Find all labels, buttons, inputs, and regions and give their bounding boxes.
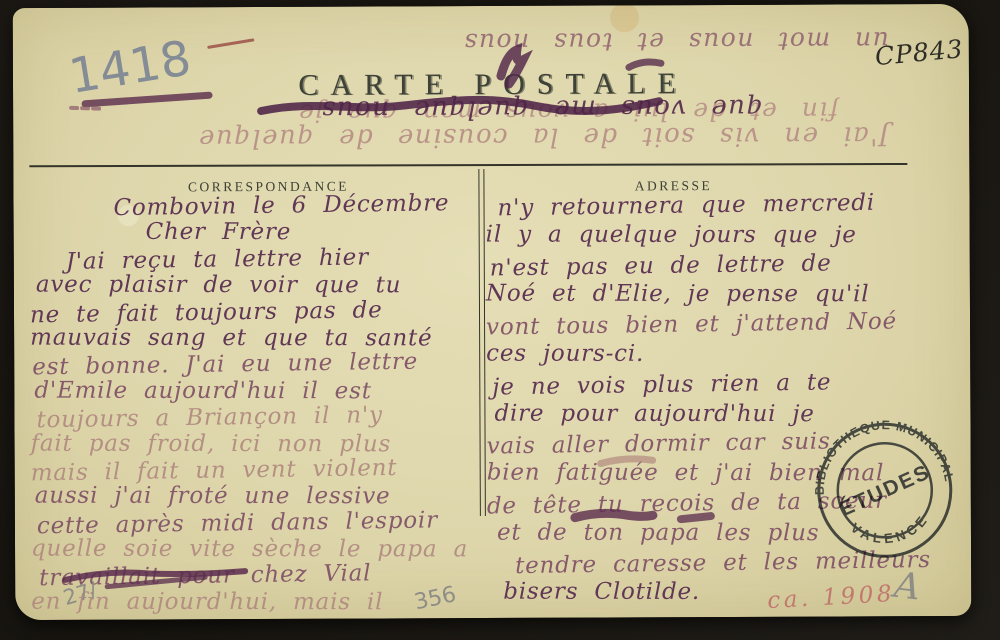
handwriting-line: toujours a Briançon il n'y [30, 401, 480, 434]
handwriting-line: Cher Frère [30, 219, 480, 246]
handwriting-line: vont tous bien et j'attend Noé [486, 307, 966, 344]
handwriting-line: avec plaisir de voir que tu [30, 272, 480, 299]
horizontal-rule [29, 163, 907, 167]
handwriting-line: d'Emile aujourd'hui il est [30, 377, 480, 404]
handwriting-line: cette après midi dans l'espoir [31, 506, 481, 539]
handwriting-line: je ne vois plus rien a te [486, 366, 966, 403]
handwriting-line: il y a quelque jours que je [486, 220, 966, 251]
handwriting-line: aussi j'ai froté une lessive [31, 483, 481, 510]
library-stamp: BIBLIOTHEQUE MUNICIPALE VALENCE ÉTUDES [787, 393, 982, 588]
postcard-scan: un mot nous et tous nous fin et de lui a… [0, 0, 1000, 640]
handwriting-line: n'y retournera que mercredi [485, 187, 965, 224]
handwriting-line: travaillait pour chez Vial [31, 559, 481, 592]
overwritten-line-near-rule: J'ai en vis soit de la cousine de quelqu… [33, 120, 889, 154]
handwriting-line: ces jours-ci. [486, 340, 966, 371]
handwriting-line: ne te fait toujours pas de [30, 295, 480, 328]
handwriting-line: J'ai reçu ta lettre hier [30, 242, 480, 275]
overwritten-line-top: un mot nous et tous nous [249, 26, 889, 58]
handwriting-line: est bonne. J'ai eu une lettre [30, 348, 480, 381]
handwriting-line: fait pas froid, ici non plus [31, 430, 481, 457]
handwriting-line: Noé et d'Elie, je pense qu'il [486, 280, 966, 311]
letter-mark: A [892, 565, 923, 609]
postcard-back: un mot nous et tous nous fin et de lui a… [13, 4, 972, 620]
handwriting-line: n'est pas eu de lettre de [486, 247, 966, 284]
correspondence-column: Combovin le 6 DécembreCher FrèreJ'ai reç… [29, 192, 481, 616]
handwriting-line: mais il fait un vent violent [31, 454, 481, 487]
